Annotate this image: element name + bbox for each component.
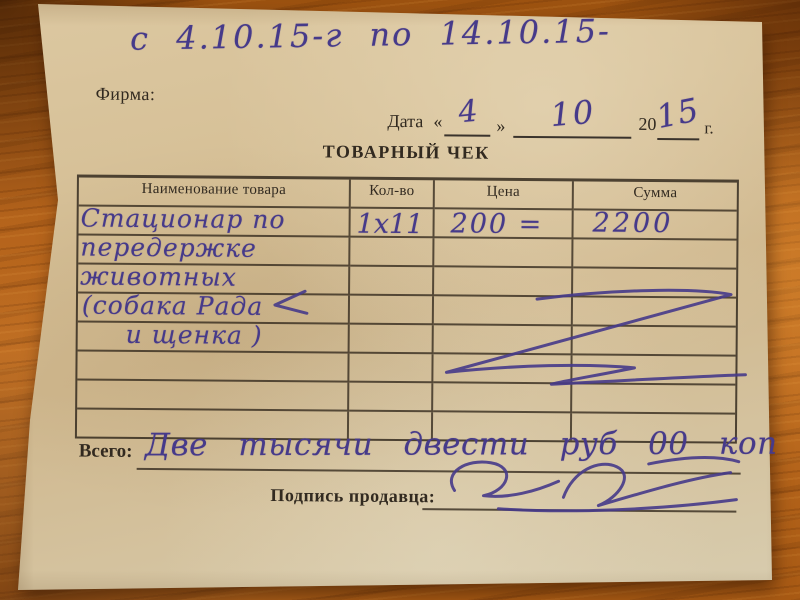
item-name-line-2: передержке — [80, 232, 257, 262]
date-day-underline — [444, 134, 490, 136]
photo-of-receipt-on-table: с 4.10.15-г по 14.10.15- Фирма: Дата « 4… — [0, 0, 800, 600]
handwritten-day: 4 — [457, 94, 479, 131]
item-name-line-3: животных — [80, 261, 237, 291]
signature-scribble — [436, 450, 745, 520]
date-century-prefix: 20 — [638, 114, 656, 135]
item-name-line-1: Стационар по — [81, 203, 286, 234]
handwritten-period: с 4.10.15-г по 14.10.15- — [130, 12, 611, 58]
header-price: Цена — [435, 180, 574, 210]
receipt-content: с 4.10.15-г по 14.10.15- Фирма: Дата « 4… — [0, 0, 800, 600]
date-close-quote: » — [496, 116, 505, 137]
receipt-title: ТОВАРНЫЙ ЧЕК — [311, 141, 501, 163]
item-name-line-4: (собака Рада — [82, 291, 263, 321]
handwritten-quantity: 1х11 — [356, 209, 423, 241]
date-label: Дата — [387, 111, 423, 132]
year-suffix: г. — [704, 118, 713, 138]
handwritten-sum: 2200 — [592, 208, 673, 240]
zigzag-strike — [264, 281, 755, 397]
header-quantity: Кол-во — [351, 180, 435, 210]
seller-signature-label: Подпись продавца: — [270, 485, 435, 507]
handwritten-year: 15 — [653, 90, 702, 136]
date-open-quote: « — [433, 111, 442, 132]
item-name-line-5: и щенка ) — [126, 320, 263, 350]
date-month-underline — [513, 136, 631, 139]
total-label: Всего: — [79, 440, 133, 462]
handwritten-month: 10 — [549, 93, 597, 134]
date-year-underline — [657, 138, 699, 140]
firm-label: Фирма: — [96, 84, 156, 105]
handwritten-price: 200 = — [450, 208, 543, 240]
